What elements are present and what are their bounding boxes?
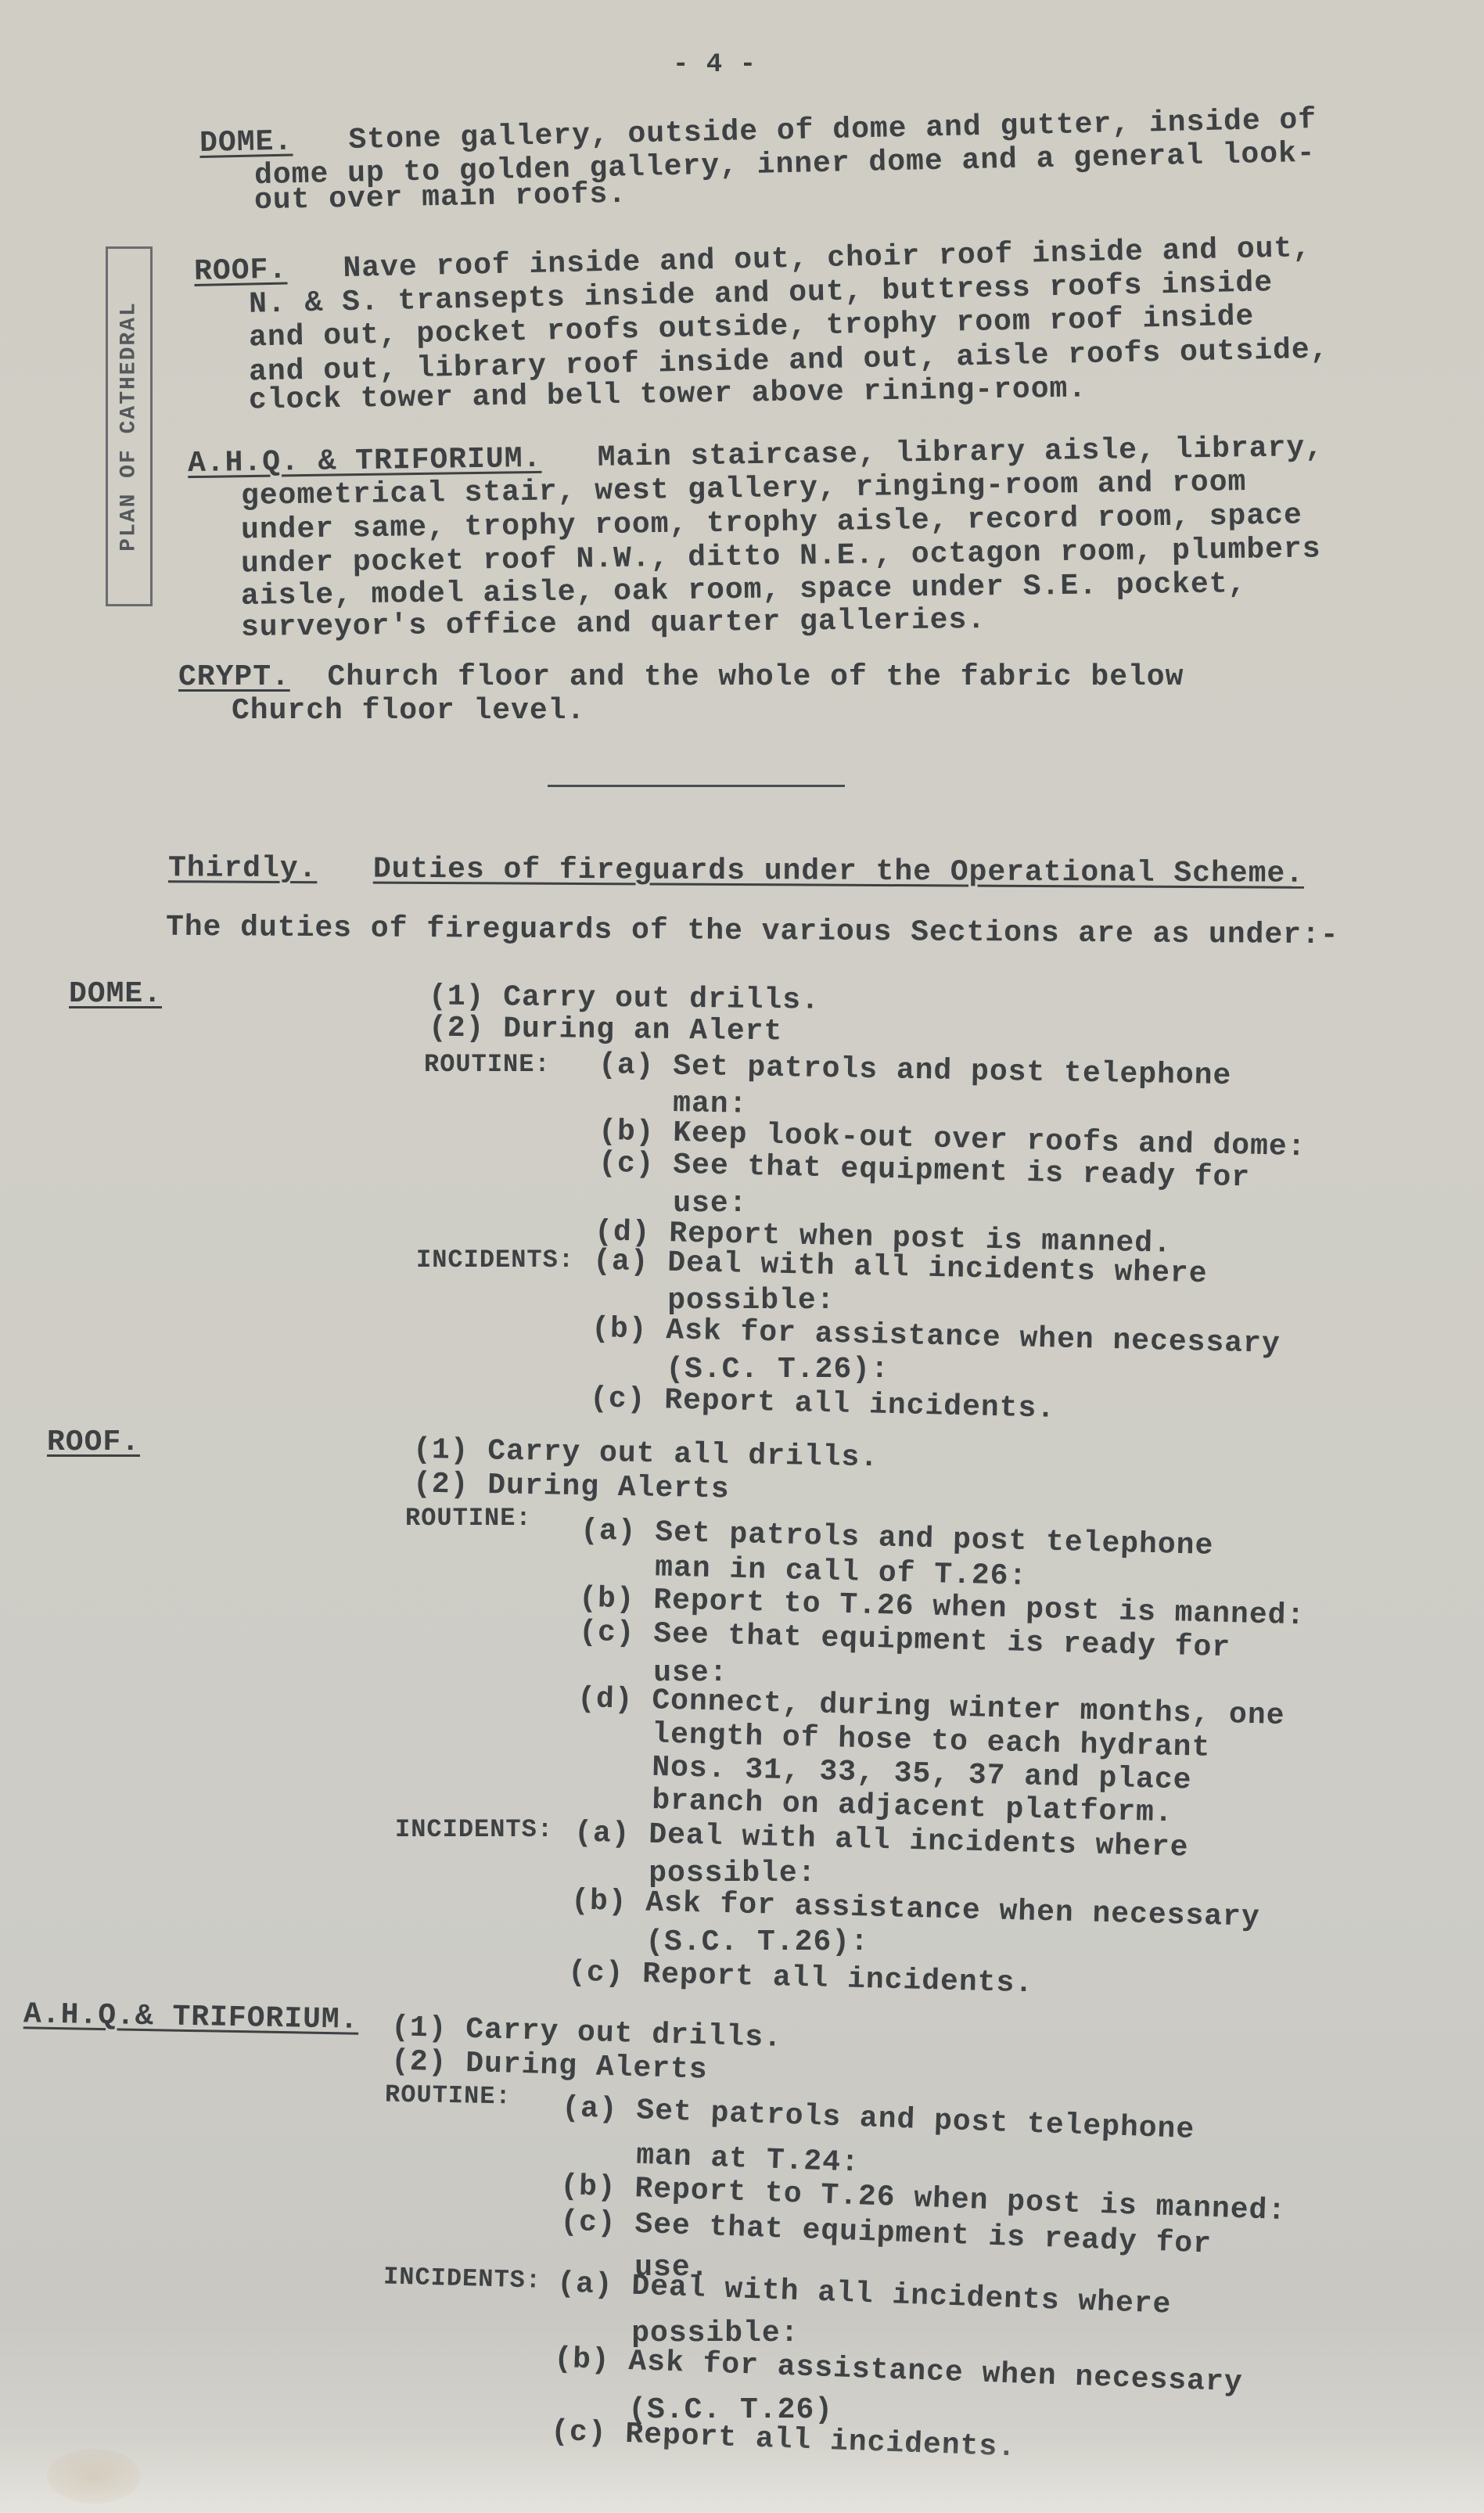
section-label: DOME. <box>199 124 293 160</box>
typewritten-page: - 4 - DOME. Stone gallery, outside of do… <box>0 0 1484 2513</box>
page-number: - 4 - <box>673 49 756 81</box>
section-divider <box>548 785 845 787</box>
paper-stain <box>47 2449 141 2504</box>
paper-fold-shadow <box>0 2441 1484 2513</box>
thirdly-heading: Thirdly. Duties of fireguards under the … <box>168 852 1304 891</box>
duties-intro: The duties of fireguards of the various … <box>166 911 1339 952</box>
plan-of-cathedral-stamp: PLAN OF CATHEDRAL <box>106 246 153 606</box>
